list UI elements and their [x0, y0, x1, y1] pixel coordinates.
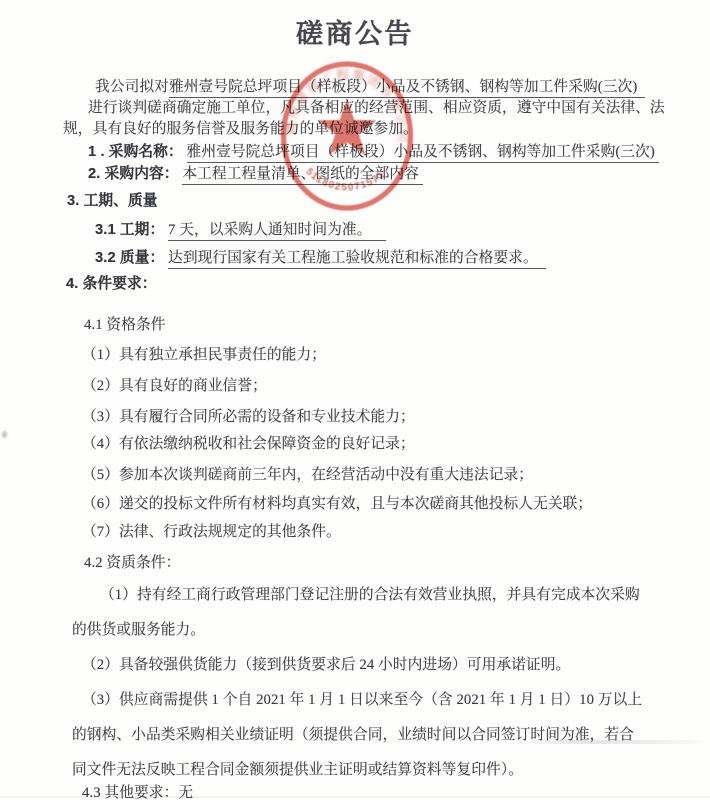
intro-line-1: 我公司拟对雅州壹号院总坪项目（样板段）小品及不锈钢、钢构等加工件采购(三次)	[95, 78, 645, 97]
duration-label: 3.1 工期：	[95, 222, 164, 238]
qualification-item-2: （2）具有良好的商业信誉；	[82, 377, 267, 396]
intro-line-3: 规，具有良好的服务信誉及服务能力的单位诚邀参加。	[63, 120, 418, 139]
qualification-heading: 4.1 资格条件	[84, 316, 166, 335]
announcement-page: 磋商公告 我公司拟对雅州壹号院总坪项目（样板段）小品及不锈钢、钢构等加工件采购(…	[0, 0, 710, 800]
credential-item-1-line-1: （1）持有经工商行政管理部门登记注册的合法有效营业执照，并具有完成本次采购	[100, 586, 640, 605]
scan-speck-left	[2, 431, 7, 438]
qualification-item-6: （6）递交的投标文件所有材料均真实有效，且与本次磋商其他投标人无关联；	[82, 495, 592, 514]
credential-item-3-line-1: （3）供应商需提供 1 个自 2021 年 1 月 1 日以来至今（含 2021…	[82, 691, 642, 710]
purchase-content-value: 本工程工程量清单、图纸的全部内容	[182, 166, 423, 185]
qualification-item-5: （5）参加本次谈判磋商前三年内，在经营活动中没有重大违法记录；	[82, 466, 533, 485]
purchase-name-label: 1 . 采购名称：	[88, 144, 183, 160]
scan-smudge-bottom	[0, 796, 710, 798]
purchase-content-line: 2. 采购内容： 本工程工程量清单、图纸的全部内容	[88, 165, 423, 184]
intro-prefix: 我公司拟对	[95, 79, 169, 95]
credential-heading: 4.2 资质条件：	[84, 554, 180, 573]
intro-underlined-project: 雅州壹号院总坪项目（样板段）小品及不锈钢、钢构等加工件采购(三次)	[169, 79, 645, 98]
purchase-name-line: 1 . 采购名称： 雅州壹号院总坪项目（样板段）小品及不锈钢、钢构等加工件采购(…	[88, 143, 659, 162]
page-title: 磋商公告	[0, 12, 710, 51]
section4-heading: 4. 条件要求：	[66, 275, 157, 294]
credential-item-3-line-3: 同文件无法反映工程合同金额须提供业主证明或结算资料等复印件）。	[72, 761, 523, 780]
purchase-name-value: 雅州壹号院总坪项目（样板段）小品及不锈钢、钢构等加工件采购(三次)	[187, 144, 659, 163]
quality-line: 3.2 质量： 达到现行国家有关工程施工验收规范和标准的合格要求。	[95, 249, 546, 268]
qualification-item-3: （3）具有履行合同所必需的设备和专业技术能力；	[82, 408, 415, 427]
credential-item-1-line-2: 的供货或服务能力。	[72, 621, 205, 640]
scan-smudge-top-right	[520, 740, 710, 744]
duration-line: 3.1 工期： 7 天，以采购人通知时间为准。	[95, 221, 386, 240]
qualification-item-4: （4）有依法缴纳税收和社会保障资金的良好记录；	[82, 435, 415, 454]
intro-line-2: 进行谈判磋商确定施工单位，凡具备相应的经营范围、相应资质，遵守中国有关法律、法	[88, 99, 665, 118]
purchase-content-label: 2. 采购内容：	[88, 166, 179, 182]
qualification-item-1: （1）具有独立承担民事责任的能力；	[82, 346, 326, 365]
credential-item-2: （2）具备较强供货能力（接到供货要求后 24 小时内进场）可用承诺证明。	[82, 656, 570, 675]
section3-heading: 3. 工期、质量	[67, 192, 158, 211]
duration-value: 7 天，以采购人通知时间为准。	[168, 222, 385, 241]
qualification-item-7: （7）法律、行政法规规定的其他条件。	[82, 523, 341, 542]
quality-label: 3.2 质量：	[95, 250, 164, 266]
quality-value: 达到现行国家有关工程施工验收规范和标准的合格要求。	[168, 250, 546, 269]
